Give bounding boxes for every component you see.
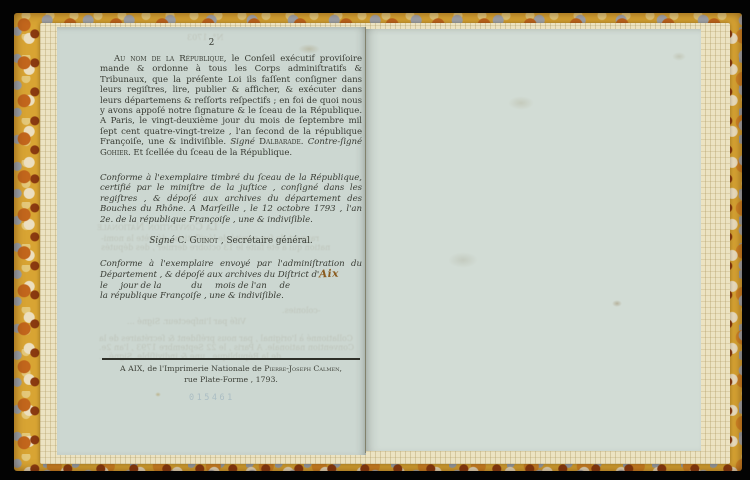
bleedthrough-line: -colonies.	[282, 306, 320, 316]
signature-title: , Secrétaire général.	[218, 236, 313, 246]
bleedthrough-header: N°. 1703	[187, 33, 223, 43]
imprint-divider-rule	[102, 358, 360, 360]
inventory-stamp: 015461	[189, 393, 235, 403]
signer-gohier: Gohier.	[100, 148, 131, 158]
signe-label: Signé	[149, 236, 177, 246]
conforme-district-paragraph: Conforme à l'exemplaire envoyé par l'adm…	[100, 259, 362, 302]
signer-guinot: C. Guinot	[177, 236, 218, 246]
bleedthrough-line: Viſé par l'inſpecteur. Signé ...	[127, 317, 246, 327]
contresigne-label: Contre-ſigné	[303, 137, 362, 147]
conforme-marseille-paragraph: Conforme à l'exemplaire timbré du ſceau …	[100, 173, 362, 225]
signe-label: Signé	[230, 137, 259, 147]
left-page: 2 N°. 1703 Au nom de la République, le C…	[57, 27, 366, 455]
decree-lead: Au nom de la République,	[114, 54, 226, 64]
district-text-end: la république Françoiſe , une & indiviſi…	[100, 291, 284, 301]
decree-paragraph: Au nom de la République, le Conſeil exéc…	[100, 54, 362, 158]
signer-dalbarade: Dalbarade.	[259, 137, 303, 147]
decree-tail: Et ſcellée du ſceau de la République.	[131, 148, 292, 158]
imprint-address: rue Plate-Forme , 1793.	[184, 375, 278, 384]
signature-line: Signé C. Guinot , Secrétaire général.	[100, 236, 362, 246]
book-gutter	[365, 27, 366, 453]
bleedthrough-line: de la République , une & indiviſible. Si…	[99, 352, 281, 362]
printer-name: Pierre-Joseph Calmen,	[264, 364, 342, 373]
bleedthrough-convention-title: La Convention Nationale	[97, 223, 218, 233]
imprint-prefix: A AIX, de l'Imprimerie Nationale de	[120, 364, 264, 373]
blank-form-line: le jour de la du mois de l'an de	[100, 281, 290, 291]
book-scan: 2 N°. 1703 Au nom de la République, le C…	[0, 0, 750, 480]
printer-imprint: A AIX, de l'Imprimerie Nationale de Pier…	[89, 364, 373, 385]
handwritten-aix: Aix	[319, 269, 339, 280]
right-page-blank	[366, 29, 701, 451]
decree-body: le Conſeil exécutif proviſoire mande & o…	[100, 54, 362, 147]
